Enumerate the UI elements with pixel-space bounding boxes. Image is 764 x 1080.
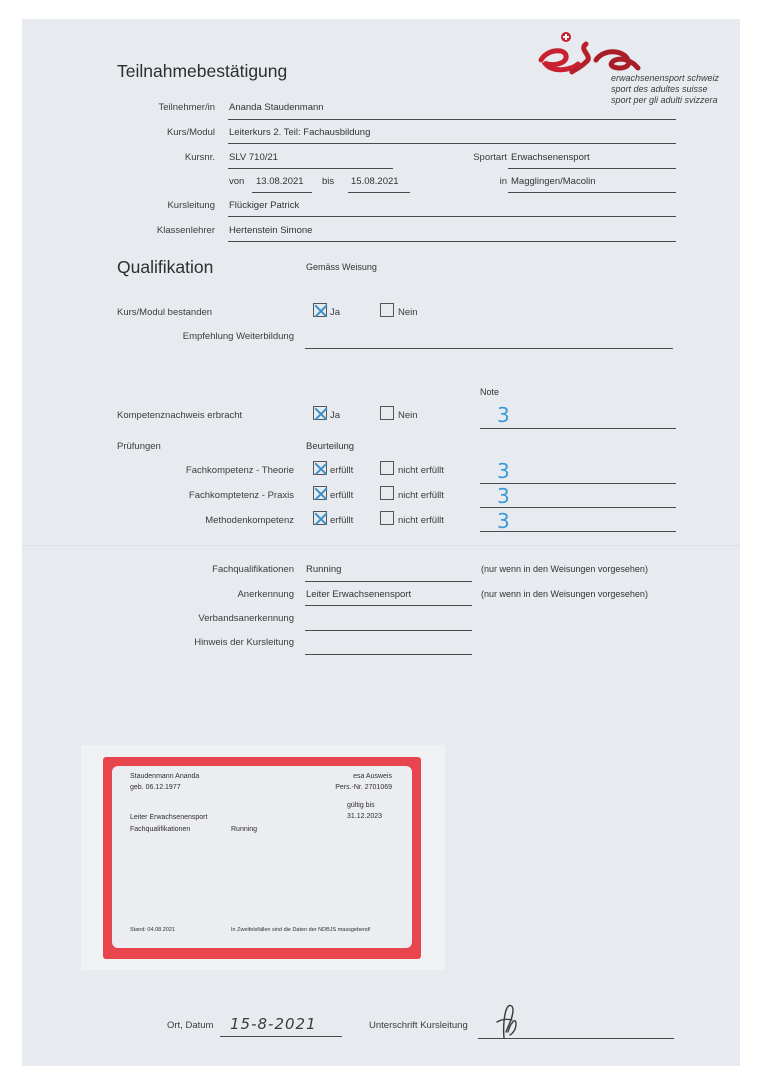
note-header: Note [480, 387, 499, 397]
sportart-label: Sportart [473, 152, 507, 163]
gemaess-weisung: Gemäss Weisung [306, 262, 377, 272]
erfuellt-checkbox[interactable] [313, 486, 327, 500]
pruefung-note: 3 [497, 509, 510, 533]
card-name: Staudenmann Ananda [130, 773, 199, 780]
bestanden-nein-checkbox[interactable] [380, 303, 394, 317]
ja-label: Ja [330, 410, 340, 421]
klassenlehrer-value: Hertenstein Simone [229, 225, 312, 236]
signature-icon [494, 1002, 524, 1042]
sportart-value: Erwachsenensport [511, 152, 590, 163]
kursnr-label: Kursnr. [185, 152, 215, 163]
fold-line [22, 545, 740, 546]
kompetenz-ja-checkbox[interactable] [313, 406, 327, 420]
nicht-erfuellt-label: nicht erfüllt [398, 515, 444, 526]
card-ausweis: esa Ausweis [353, 773, 392, 780]
nein-label: Nein [398, 410, 418, 421]
qualifikation-heading: Qualifikation [117, 257, 213, 278]
pruefung-name: Fachkompetenz - Theorie [186, 465, 294, 476]
anerkennung-value: Leiter Erwachsenensport [306, 589, 411, 600]
nicht-erfuellt-checkbox[interactable] [380, 486, 394, 500]
bestanden-ja-checkbox[interactable] [313, 303, 327, 317]
teilnehmer-label: Teilnehmer/in [159, 102, 216, 113]
pruefung-name: Fachkomptetenz - Praxis [189, 490, 294, 501]
erfuellt-label: erfüllt [330, 515, 353, 526]
id-card [112, 766, 412, 948]
card-gueltig-value: 31.12.2023 [347, 813, 382, 820]
fachqualifikationen-value: Running [306, 564, 341, 575]
in-label: in [500, 176, 507, 187]
erfuellt-checkbox[interactable] [313, 461, 327, 475]
teilnehmer-value: Ananda Staudenmann [229, 102, 324, 113]
card-stand: Stand: 04.08.2021 [130, 927, 175, 933]
anerkennung-label: Anerkennung [237, 589, 294, 600]
nicht-erfuellt-label: nicht erfüllt [398, 465, 444, 476]
kompetenz-nein-checkbox[interactable] [380, 406, 394, 420]
card-rolle: Leiter Erwachsenensport [130, 814, 207, 821]
in-value: Magglingen/Macolin [511, 176, 596, 187]
kursleitung-label: Kursleitung [167, 200, 215, 211]
ort-datum-label: Ort, Datum [167, 1020, 213, 1031]
bis-value: 15.08.2021 [351, 176, 399, 187]
pruefungen-label: Prüfungen [117, 441, 161, 452]
hinweis-label: Hinweis der Kursleitung [194, 637, 294, 648]
nein-label: Nein [398, 307, 418, 318]
nicht-erfuellt-label: nicht erfüllt [398, 490, 444, 501]
fachqualifikationen-label: Fachqualifikationen [212, 564, 294, 575]
card-geb: geb. 06.12.1977 [130, 784, 181, 791]
von-value: 13.08.2021 [256, 176, 304, 187]
pruefung-note: 3 [497, 459, 510, 483]
card-fachqual-label: Fachqualifikationen [130, 826, 190, 833]
erfuellt-label: erfüllt [330, 490, 353, 501]
von-label: von [229, 176, 244, 187]
verbandsanerkennung-label: Verbandsanerkennung [198, 613, 294, 624]
kompetenz-note: 3 [497, 403, 510, 427]
klassenlehrer-label: Klassenlehrer [157, 225, 215, 236]
card-disclaimer: In Zweifelsfällen sind die Daten der NDB… [231, 927, 371, 933]
nicht-erfuellt-checkbox[interactable] [380, 511, 394, 525]
card-persnr: Pers.-Nr. 2701069 [335, 784, 392, 791]
document-title: Teilnahmebestätigung [117, 61, 287, 82]
pruefung-name: Methodenkompetenz [205, 515, 294, 526]
kurs-label: Kurs/Modul [167, 127, 215, 138]
logo-tagline: erwachsenensport schweiz sport des adult… [611, 73, 719, 106]
card-gueltig-label: gültig bis [347, 802, 375, 809]
beurteilung-label: Beurteilung [306, 441, 354, 452]
kompetenz-label: Kompetenznachweis erbracht [117, 410, 242, 421]
anerkennung-note: (nur wenn in den Weisungen vorgesehen) [481, 589, 648, 599]
card-fachqual-value: Running [231, 826, 257, 833]
erfuellt-checkbox[interactable] [313, 511, 327, 525]
kursnr-value: SLV 710/21 [229, 152, 278, 163]
unterschrift-label: Unterschrift Kursleitung [369, 1020, 468, 1031]
bestanden-label: Kurs/Modul bestanden [117, 307, 212, 318]
bis-label: bis [322, 176, 334, 187]
empfehlung-label: Empfehlung Weiterbildung [183, 331, 294, 342]
kurs-value: Leiterkurs 2. Teil: Fachausbildung [229, 127, 370, 138]
kursleitung-value: Flückiger Patrick [229, 200, 299, 211]
fachqualifikationen-note: (nur wenn in den Weisungen vorgesehen) [481, 564, 648, 574]
pruefung-note: 3 [497, 484, 510, 508]
ja-label: Ja [330, 307, 340, 318]
ort-datum-value: 15-8-2021 [230, 1015, 317, 1033]
nicht-erfuellt-checkbox[interactable] [380, 461, 394, 475]
erfuellt-label: erfüllt [330, 465, 353, 476]
